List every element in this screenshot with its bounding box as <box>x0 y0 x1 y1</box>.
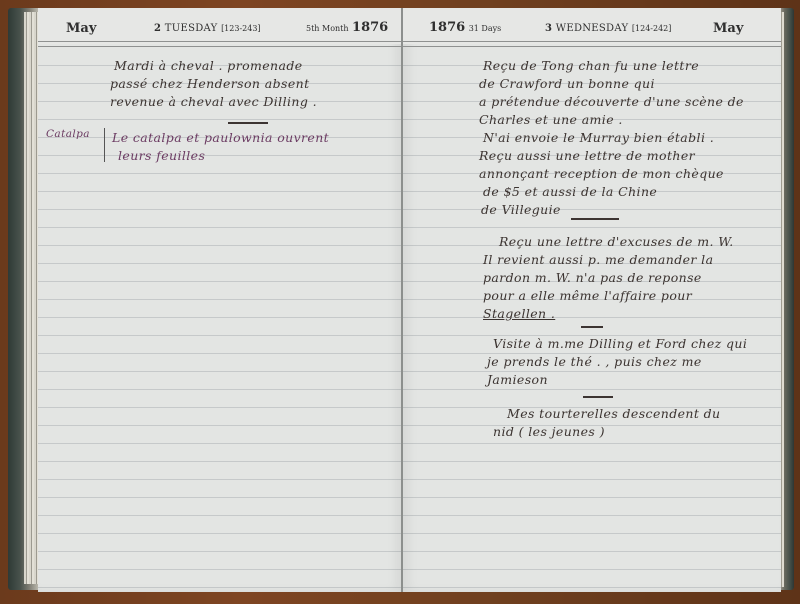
handwritten-line: passé chez Henderson absent <box>110 76 310 91</box>
handwritten-line: je prends le thé . , puis chez me <box>487 354 702 369</box>
entry-separator <box>228 122 268 124</box>
header-rule <box>403 41 781 47</box>
handwritten-line: Reçu une lettre d'excuses de m. W. <box>499 234 734 249</box>
handwritten-line: Reçu aussi une lettre de mother <box>479 148 695 163</box>
handwritten-line: Charles et une amie . <box>479 112 623 127</box>
handwritten-line: a prétendue découverte d'une scène de <box>479 94 744 109</box>
open-diary-book: May 2 TUESDAY [123-243] 5th Month 1876 M… <box>8 6 794 598</box>
handwritten-line: annonçant reception de mon chèque <box>479 166 724 181</box>
handwritten-line: Jamieson <box>487 372 548 387</box>
right-page-header: 1876 31 Days 3 WEDNESDAY [124-242] May <box>403 8 781 44</box>
right-page: 1876 31 Days 3 WEDNESDAY [124-242] May R… <box>403 8 781 592</box>
handwritten-line: Reçu de Tong chan fu une lettre <box>483 58 699 73</box>
header-rule <box>38 41 402 47</box>
header-year-days: 1876 31 Days <box>429 20 501 35</box>
left-page-header: May 2 TUESDAY [123-243] 5th Month 1876 <box>38 8 402 44</box>
header-month-year: 5th Month 1876 <box>306 20 388 35</box>
handwritten-line: revenue à cheval avec Dilling . <box>110 94 317 109</box>
handwritten-line: nid ( les jeunes ) <box>493 424 605 439</box>
handwritten-line: leurs feuilles <box>118 148 205 163</box>
margin-note: Catalpa <box>46 128 90 140</box>
handwritten-line: de $5 et aussi de la Chine <box>483 184 657 199</box>
handwritten-line: Le catalpa et paulownia ouvrent <box>112 130 329 145</box>
handwritten-line: Visite à m.me Dilling et Ford chez qui <box>493 336 747 351</box>
handwritten-line: de Villeguie <box>481 202 561 217</box>
handwritten-line: pour a elle même l'affaire pour <box>483 288 692 303</box>
header-month: May <box>713 21 743 36</box>
entry-separator <box>581 326 603 328</box>
entry-separator <box>583 396 613 398</box>
handwritten-line: Stagellen . <box>483 306 555 321</box>
header-date: 3 WEDNESDAY [124-242] <box>545 21 671 34</box>
entry-separator <box>571 218 619 220</box>
header-date: 2 TUESDAY [123-243] <box>154 21 261 34</box>
handwritten-line: N'ai envoie le Murray bien établi . <box>483 130 714 145</box>
left-page: May 2 TUESDAY [123-243] 5th Month 1876 M… <box>38 8 402 592</box>
handwritten-line: Mes tourterelles descendent du <box>507 406 721 421</box>
handwritten-line: Il revient aussi p. me demander la <box>483 252 713 267</box>
handwritten-line: Mardi à cheval . promenade <box>114 58 303 73</box>
margin-bracket <box>104 128 105 162</box>
handwritten-line: pardon m. W. n'a pas de reponse <box>483 270 702 285</box>
header-month: May <box>66 21 96 36</box>
handwritten-line: de Crawford un bonne qui <box>479 76 655 91</box>
